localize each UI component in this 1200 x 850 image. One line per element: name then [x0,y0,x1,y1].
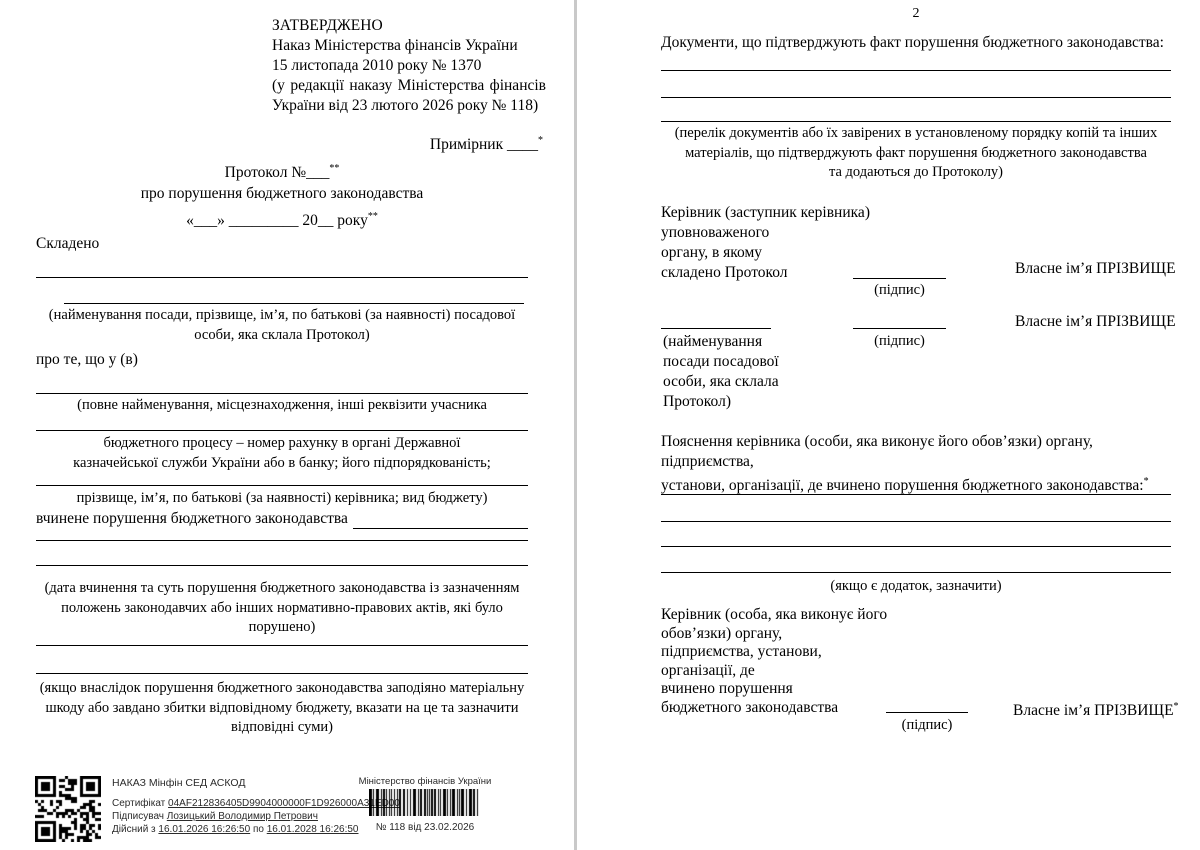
blank-line [661,572,1171,573]
validity-line: Дійсний з 16.01.2026 16:26:50 по 16.01.2… [112,823,372,836]
blank-line [661,546,1171,547]
certificate-line: Сертифікат 04AF212836405D9904000000F1D92… [112,797,372,810]
page-2: 2 Документи, що підтверджують факт поруш… [578,0,1200,850]
violation-committed-label: вчинене порушення бюджетного законодавст… [36,509,348,529]
blank-line [36,673,528,674]
valid-to-date: 16.01.2028 16:26:50 [267,824,359,835]
about-label: про те, що у (в) [36,350,138,370]
signer-name-placeholder: Власне ім’я ПРІЗВИЩЕ [1015,259,1176,279]
valid-from-date: 16.01.2026 16:26:50 [158,824,250,835]
footnote-star: * [1144,476,1149,487]
approval-block: ЗАТВЕРДЖЕНО Наказ Міністерства фінансів … [272,16,546,116]
footnote-star: ** [368,211,378,222]
signature-underline [886,712,968,713]
signer-line: Підписувач Лозицький Володимир Петрович [112,810,372,823]
field-caption-account: бюджетного процесу – номер рахунку в орг… [36,434,528,473]
blank-line [661,97,1171,98]
blank-line [661,494,1171,495]
blank-line [64,303,524,304]
signer-name: Лозицький Володимир Петрович [167,811,318,822]
blank-line [661,70,1171,71]
field-caption-head: прізвище, ім’я, по батькові (за наявност… [36,489,528,509]
approval-line: України від 23 лютого 2026 року № 118) [272,96,546,116]
signatory-3-label: Керівник (особа, яка виконує його обов’я… [661,606,901,717]
composed-label: Складено [36,234,99,254]
signature-underline [853,328,946,329]
signature-caption: (підпис) [853,332,946,352]
field-caption-damage: (якщо внаслідок порушення бюджетного зак… [36,679,528,738]
signature-caption: (підпис) [853,281,946,301]
blank-line [36,565,528,566]
stamp-doc-number: № 118 від 23.02.2026 [358,821,492,834]
documents-heading: Документи, що підтверджують факт порушен… [661,33,1173,53]
signature-underline [661,328,771,329]
blank-line [353,509,528,529]
page-number: 2 [661,6,1171,22]
stamp-org-block: Міністерство фінансів України № 118 від … [358,776,492,834]
blank-line [36,430,528,431]
approval-line: Наказ Міністерства фінансів України [272,36,546,56]
violation-committed-row: вчинене порушення бюджетного законодавст… [36,509,528,529]
protocol-subtitle: про порушення бюджетного законодавства [36,183,528,204]
field-caption-date-essence: (дата вчинення та суть порушення бюджетн… [36,579,528,638]
blank-line [36,485,528,486]
blank-line [36,540,528,541]
stamp-title: НАКАЗ Мінфін СЕД АСКОД [112,777,372,790]
approval-line: ЗАТВЕРДЖЕНО [272,16,546,36]
date-blank-line: «___» _________ 20__ року** [36,207,528,231]
blank-line [36,393,528,394]
signature-caption: (підпис) [883,716,971,736]
protocol-title: Протокол №___** про порушення бюджетного… [36,158,528,204]
qr-code-icon [35,776,101,842]
approval-line: 15 листопада 2010 року № 1370 [272,56,546,76]
blank-line [36,277,528,278]
approval-line: (у редакції наказу Міністерства фінансів [272,76,546,96]
footnote-star: * [538,135,543,146]
copy-number-label: Примірник ____* [270,131,543,155]
page-1: ЗАТВЕРДЖЕНО Наказ Міністерства фінансів … [0,0,574,850]
barcode-icon [369,789,482,816]
signatory-2-caption: (найменування посади посадової особи, як… [663,332,863,412]
signer-name-placeholder: Власне ім’я ПРІЗВИЩЕ* [1013,697,1179,721]
explanation-heading: Пояснення керівника (особи, яка виконує … [661,432,1176,496]
field-caption-participant: (повне найменування, місцезнаходження, і… [36,396,528,416]
signatory-1-label: Керівник (заступник керівника) уповноваж… [661,203,891,283]
field-caption-documents: (перелік документів або їх завірених в у… [661,124,1171,183]
field-caption-annex: (якщо є додаток, зазначити) [661,577,1171,597]
blank-line [36,645,528,646]
blank-line [661,121,1171,122]
document-viewer: ЗАТВЕРДЖЕНО Наказ Міністерства фінансів … [0,0,1200,850]
signer-name-placeholder: Власне ім’я ПРІЗВИЩЕ [1015,312,1176,332]
signature-underline [853,278,946,279]
stamp-org-name: Міністерство фінансів України [358,776,492,788]
field-caption-official: (найменування посади, прізвище, ім’я, по… [36,306,528,345]
footnote-star: ** [329,163,339,174]
page-divider [574,0,577,850]
blank-line [661,521,1171,522]
footnote-star: * [1174,701,1179,712]
signature-stamp-text: НАКАЗ Мінфін СЕД АСКОД Сертифікат 04AF21… [112,777,372,836]
